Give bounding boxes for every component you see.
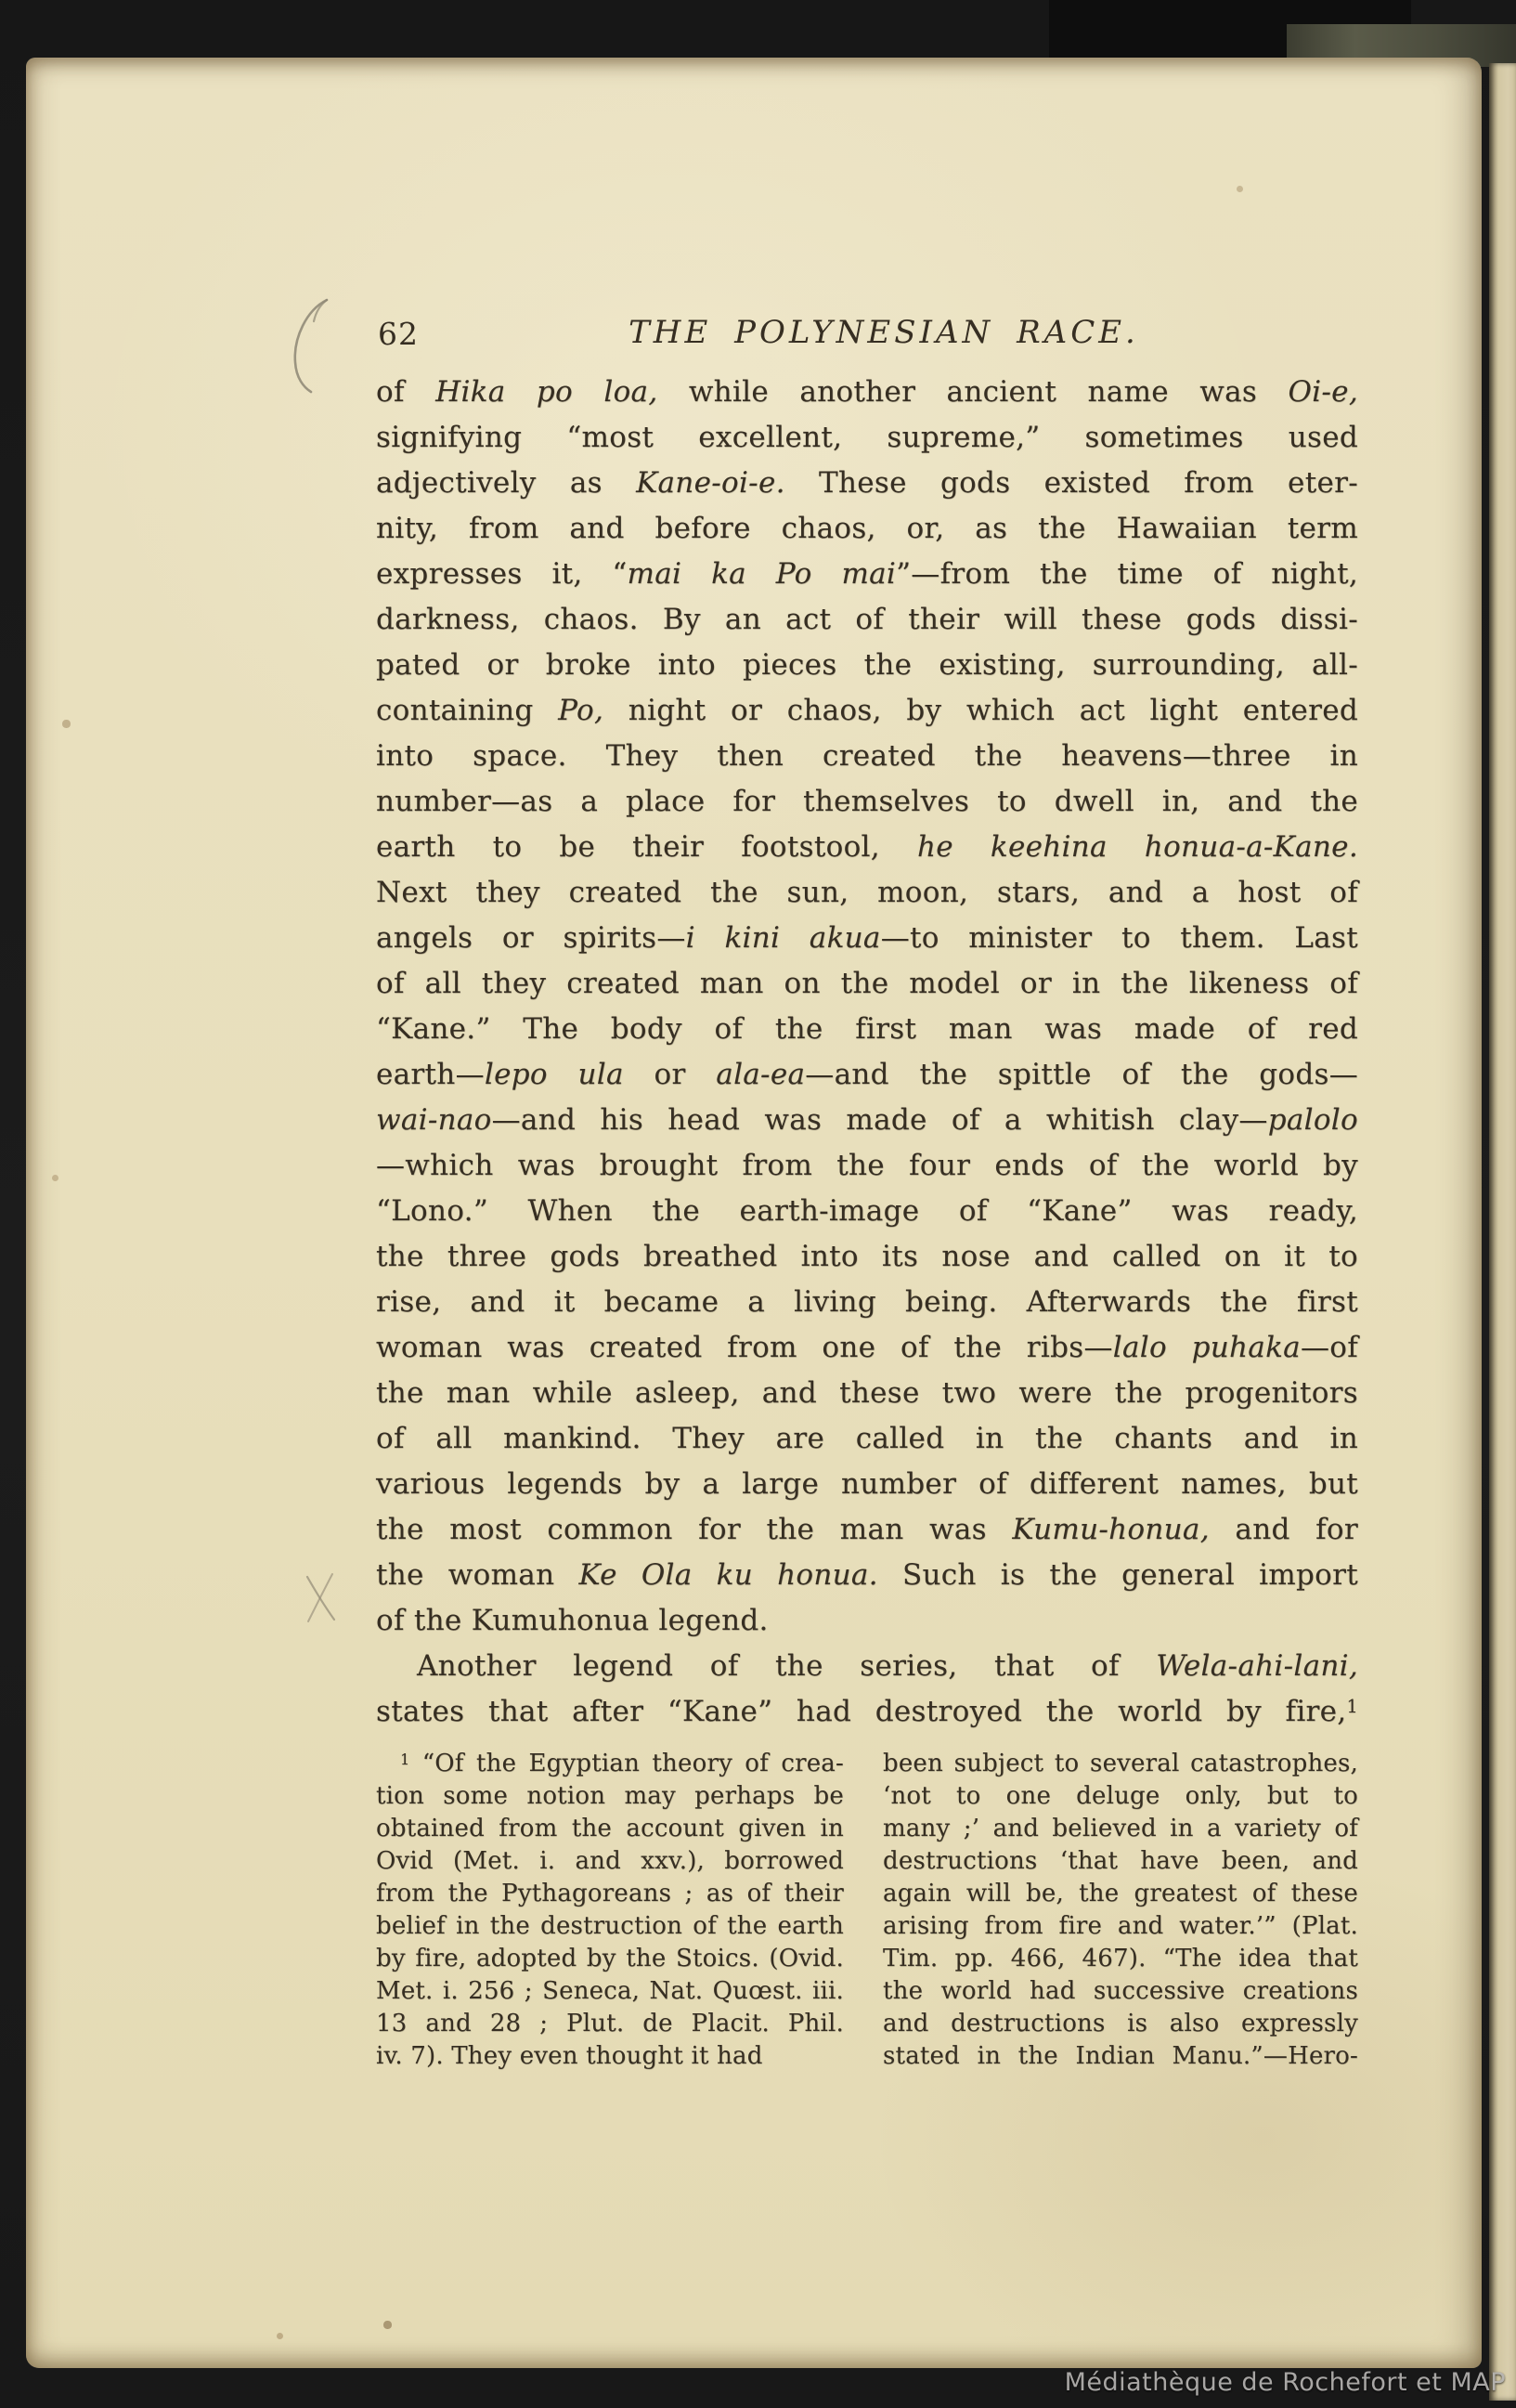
book-page: 62 THE POLYNESIAN RACE. of Hika po loa, …: [26, 58, 1482, 2368]
footnote-column-left: 1 “Of the Egyptian theory of crea-tion s…: [376, 1748, 844, 2073]
scanned-book-photo: 62 THE POLYNESIAN RACE. of Hika po loa, …: [0, 0, 1516, 2408]
pencil-cross-icon: [299, 1568, 345, 1629]
running-title: THE POLYNESIAN RACE.: [409, 314, 1358, 351]
watermark: Médiathèque de Rochefort et MAP: [1065, 2368, 1506, 2397]
adjacent-page-edge: [1489, 63, 1516, 2401]
pencil-check-icon: [279, 295, 336, 396]
foxing-specks: [26, 58, 29, 60]
body-text: of Hika po loa, while another ancient na…: [376, 370, 1358, 1735]
page-header: 62 THE POLYNESIAN RACE.: [376, 314, 1358, 357]
footnote-column-right: been subject to several catastrophes,‘no…: [883, 1748, 1358, 2073]
footnote: 1 “Of the Egyptian theory of crea-tion s…: [376, 1748, 1358, 2073]
